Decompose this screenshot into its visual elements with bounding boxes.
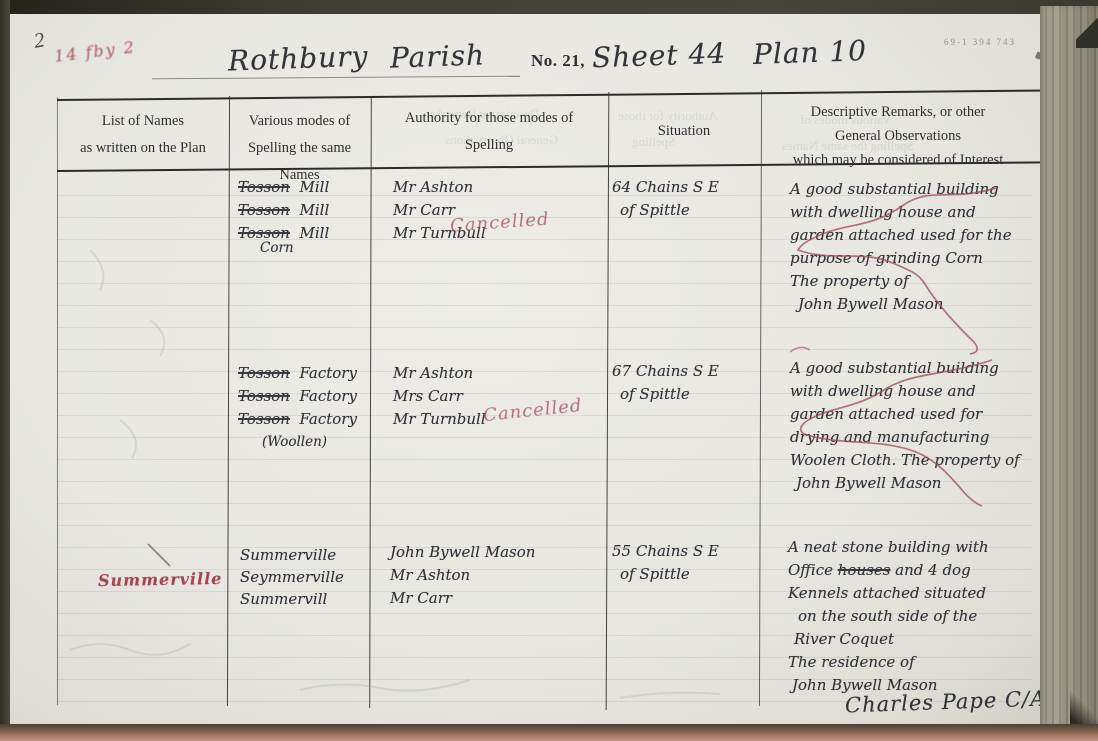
header-list-of-names: List of Names as written on the Plan — [60, 108, 226, 162]
header-line: Various modes of — [231, 108, 368, 135]
remarks-line: Office houses and 4 dog — [788, 559, 989, 582]
situation-line: 55 Chains S E — [612, 540, 719, 563]
remarks-line: A good substantial building — [790, 177, 1012, 200]
header-line: Descriptive Remarks, or other — [763, 100, 1033, 124]
situation-line: 64 Chains S E — [612, 176, 719, 199]
header-line: as written on the Plan — [60, 135, 226, 162]
spelling-word: Factory — [300, 387, 357, 405]
header-authority: Authority for those modes of Spelling — [373, 105, 605, 159]
struck-name: Tosson — [238, 410, 290, 428]
parish-name-handwritten: Rothbury — [227, 40, 368, 78]
entry3-situation: 55 Chains S E of Spittle — [612, 540, 719, 586]
authority-line: Mr Ashton — [393, 176, 486, 199]
parish-word-handwritten: Parish — [389, 38, 485, 74]
situation-line: 67 Chains S E — [612, 360, 719, 383]
entry1-situation: 64 Chains S E of Spittle — [612, 176, 719, 222]
spelling-line: Tosson Factory — [238, 362, 357, 385]
remarks-line: A neat stone building with — [788, 536, 989, 559]
entry2-spelling-variants: Tosson Factory Tosson Factory Tosson Fac… — [238, 362, 357, 431]
remarks-line: purpose of grinding Corn — [790, 246, 1012, 269]
bound-page-edges — [1040, 6, 1098, 732]
situation-line: of Spittle — [612, 199, 719, 222]
authority-line: Mr Ashton — [390, 564, 535, 587]
remarks-line: River Coquet — [788, 628, 989, 651]
header-line: General Observations — [763, 124, 1033, 148]
struck-name: Tosson — [238, 387, 290, 405]
authority-line: John Bywell Mason — [390, 541, 535, 564]
remarks-line: The property of — [790, 269, 1012, 292]
header-descriptive-remarks: Descriptive Remarks, or other General Ob… — [763, 100, 1033, 172]
authority-line: Mr Ashton — [393, 362, 486, 385]
scan-edge-bottom — [0, 724, 1098, 741]
entry2-situation: 67 Chains S E of Spittle — [612, 360, 719, 406]
remarks-line: John Bywell Mason — [790, 292, 1012, 315]
remarks-line: with dwelling house and — [790, 380, 1020, 403]
entry3-remarks: A neat stone building with Office houses… — [788, 536, 989, 697]
header-situation: Situation — [610, 118, 758, 145]
situation-line: of Spittle — [612, 383, 719, 406]
plan-number-handwritten: Plan 10 — [752, 34, 867, 71]
scan-edge-left — [0, 0, 10, 741]
situation-line: of Spittle — [612, 563, 719, 586]
spelling-word: Factory — [300, 364, 357, 382]
sheet-number-handwritten: Sheet 44 — [591, 37, 726, 75]
struck-name: Tosson — [238, 178, 290, 196]
spelling-line: Tosson Factory — [238, 385, 357, 408]
header-line: which may be considered of Interest — [763, 148, 1033, 172]
authority-line: Mrs Carr — [393, 385, 486, 408]
scan-edge-top — [0, 0, 1098, 14]
entry1-spelling-variants: Tosson Mill Tosson Mill Tosson Mill — [238, 176, 329, 245]
entry2-spelling-note: (Woollen) — [262, 434, 327, 450]
remarks-line: A good substantial building — [790, 357, 1020, 380]
number-printed: No. 21, — [531, 51, 585, 71]
spelling-word: Mill — [300, 178, 330, 196]
spelling-word: Mill — [300, 201, 330, 219]
scan-corner-top-right — [1076, 14, 1098, 48]
header-line: Authority for those modes of — [373, 105, 605, 132]
spelling-line: Tosson Mill — [238, 176, 329, 199]
spelling-line: Tosson Factory — [238, 408, 357, 431]
remarks-line: The residence of — [788, 651, 989, 674]
spelling-word: Mill — [300, 224, 330, 242]
struck-word: houses — [838, 561, 891, 579]
remarks-line: garden attached used for — [790, 403, 1020, 426]
header-line: List of Names — [60, 108, 226, 135]
entry2-remarks: A good substantial building with dwellin… — [790, 357, 1020, 495]
remarks-line: with dwelling house and — [790, 200, 1012, 223]
archive-stamp: 69-1 394 743 — [944, 37, 1016, 47]
header-line: Spelling — [373, 132, 605, 159]
header-line: Situation — [610, 118, 758, 145]
struck-name: Tosson — [238, 201, 290, 219]
spelling-line: Seymmerville — [240, 566, 344, 588]
spelling-line: Summerville — [240, 544, 344, 566]
entry1-remarks: A good substantial building with dwellin… — [790, 177, 1012, 315]
remarks-line: garden attached used for the — [790, 223, 1012, 246]
remarks-line: John Bywell Mason — [790, 472, 1020, 495]
spelling-line: Tosson Mill — [238, 199, 329, 222]
entry1-spelling-note: Corn — [260, 240, 294, 256]
struck-name: Tosson — [238, 364, 290, 382]
authority-line: Mr Turnbull — [393, 408, 486, 431]
remarks-line: Woolen Cloth. The property of — [790, 449, 1020, 472]
remarks-text: and 4 dog — [890, 561, 970, 579]
entry3-spelling-variants: Summerville Seymmerville Summervill — [240, 544, 344, 610]
spelling-word: Factory — [300, 410, 357, 428]
remarks-text: Office — [788, 561, 838, 579]
entry3-authorities: John Bywell Mason Mr Ashton Mr Carr — [390, 541, 535, 610]
remarks-line: Kennels attached situated — [788, 582, 989, 605]
scanned-name-book-page: 2 14 fby 2 Rothbury Parish No. 21, Sheet… — [0, 0, 1098, 741]
table-left-rule — [57, 97, 58, 705]
entry3-name-on-plan: Summerville — [98, 569, 223, 590]
spelling-line: Summervill — [240, 588, 344, 610]
remarks-line: drying and manufacturing — [790, 426, 1020, 449]
authority-line: Mr Carr — [390, 587, 535, 610]
remarks-line: on the south side of the — [788, 605, 989, 628]
entry2-authorities: Mr Ashton Mrs Carr Mr Turnbull — [393, 362, 486, 431]
